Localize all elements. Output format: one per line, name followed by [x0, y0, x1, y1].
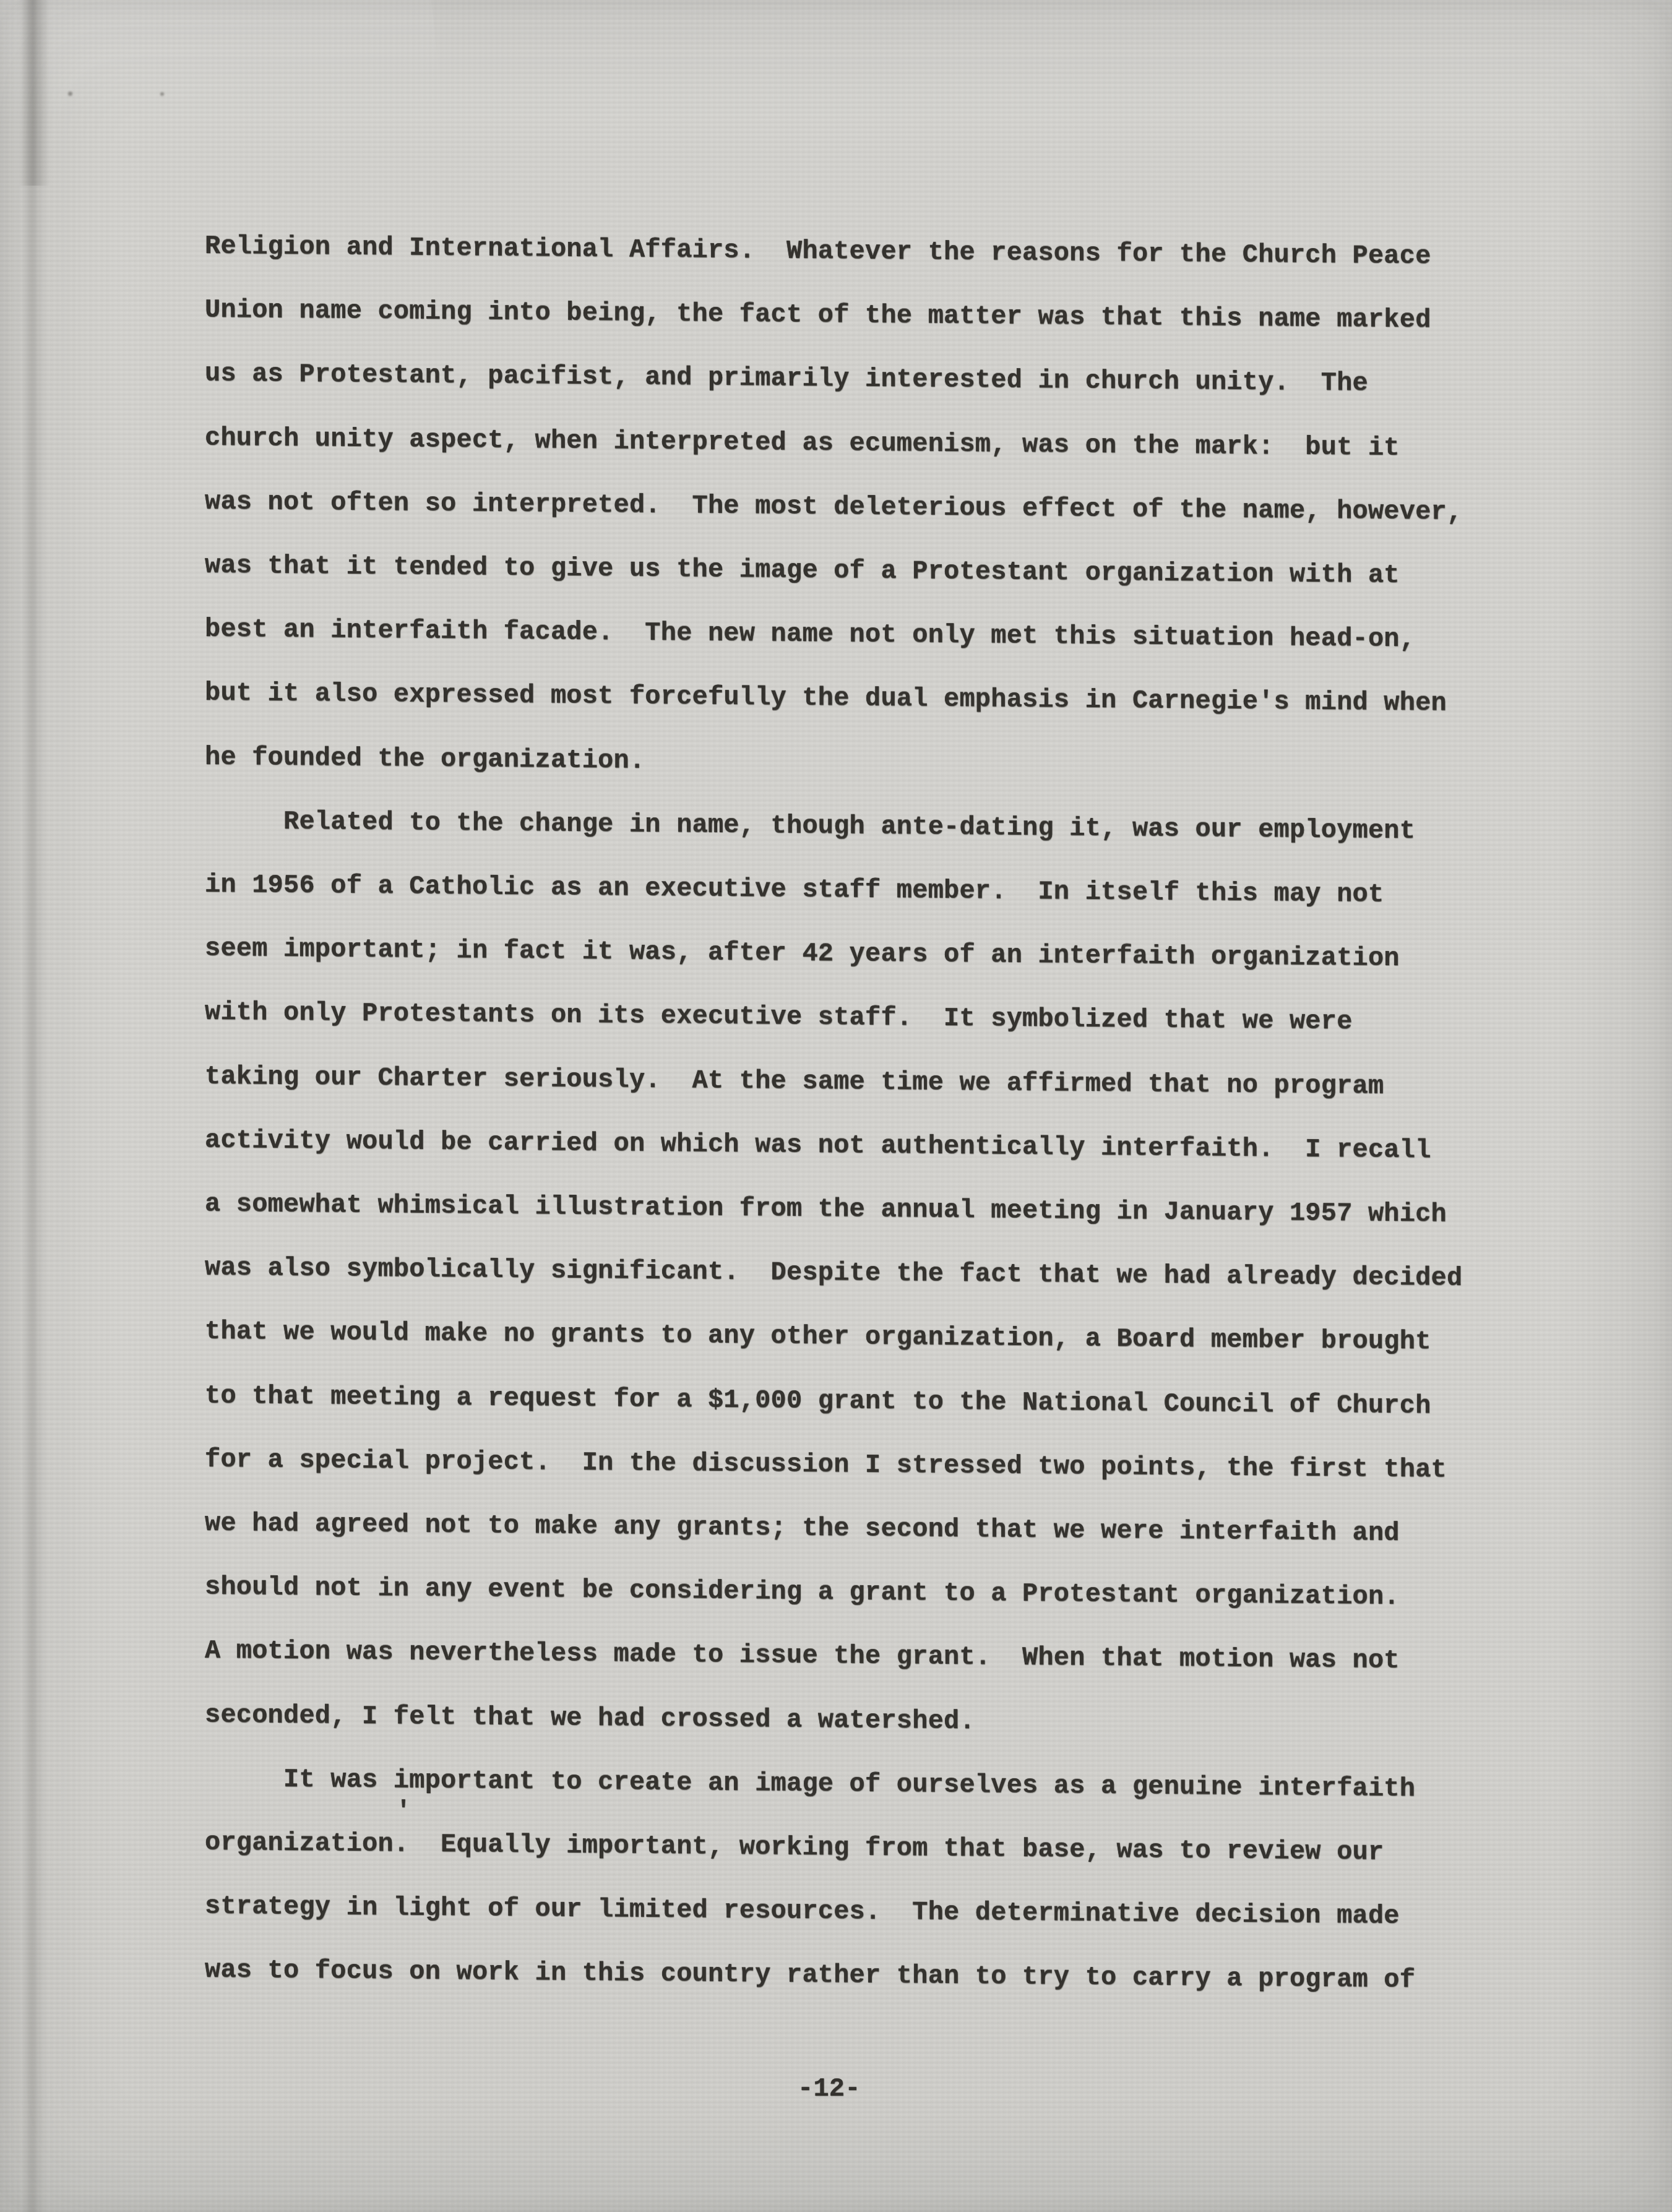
left-edge-shadow	[22, 0, 47, 2212]
left-edge-shadow-top	[19, 0, 51, 186]
stray-ink-mark: '	[396, 1798, 411, 1826]
document-page: Religion and International Affairs. What…	[0, 0, 1672, 2212]
paper-speck	[68, 92, 72, 96]
page-number: -12-	[798, 2074, 861, 2104]
corner-highlight	[0, 0, 439, 129]
paper-speck	[160, 92, 164, 96]
typewritten-text: Religion and International Affairs. What…	[205, 215, 1462, 2013]
